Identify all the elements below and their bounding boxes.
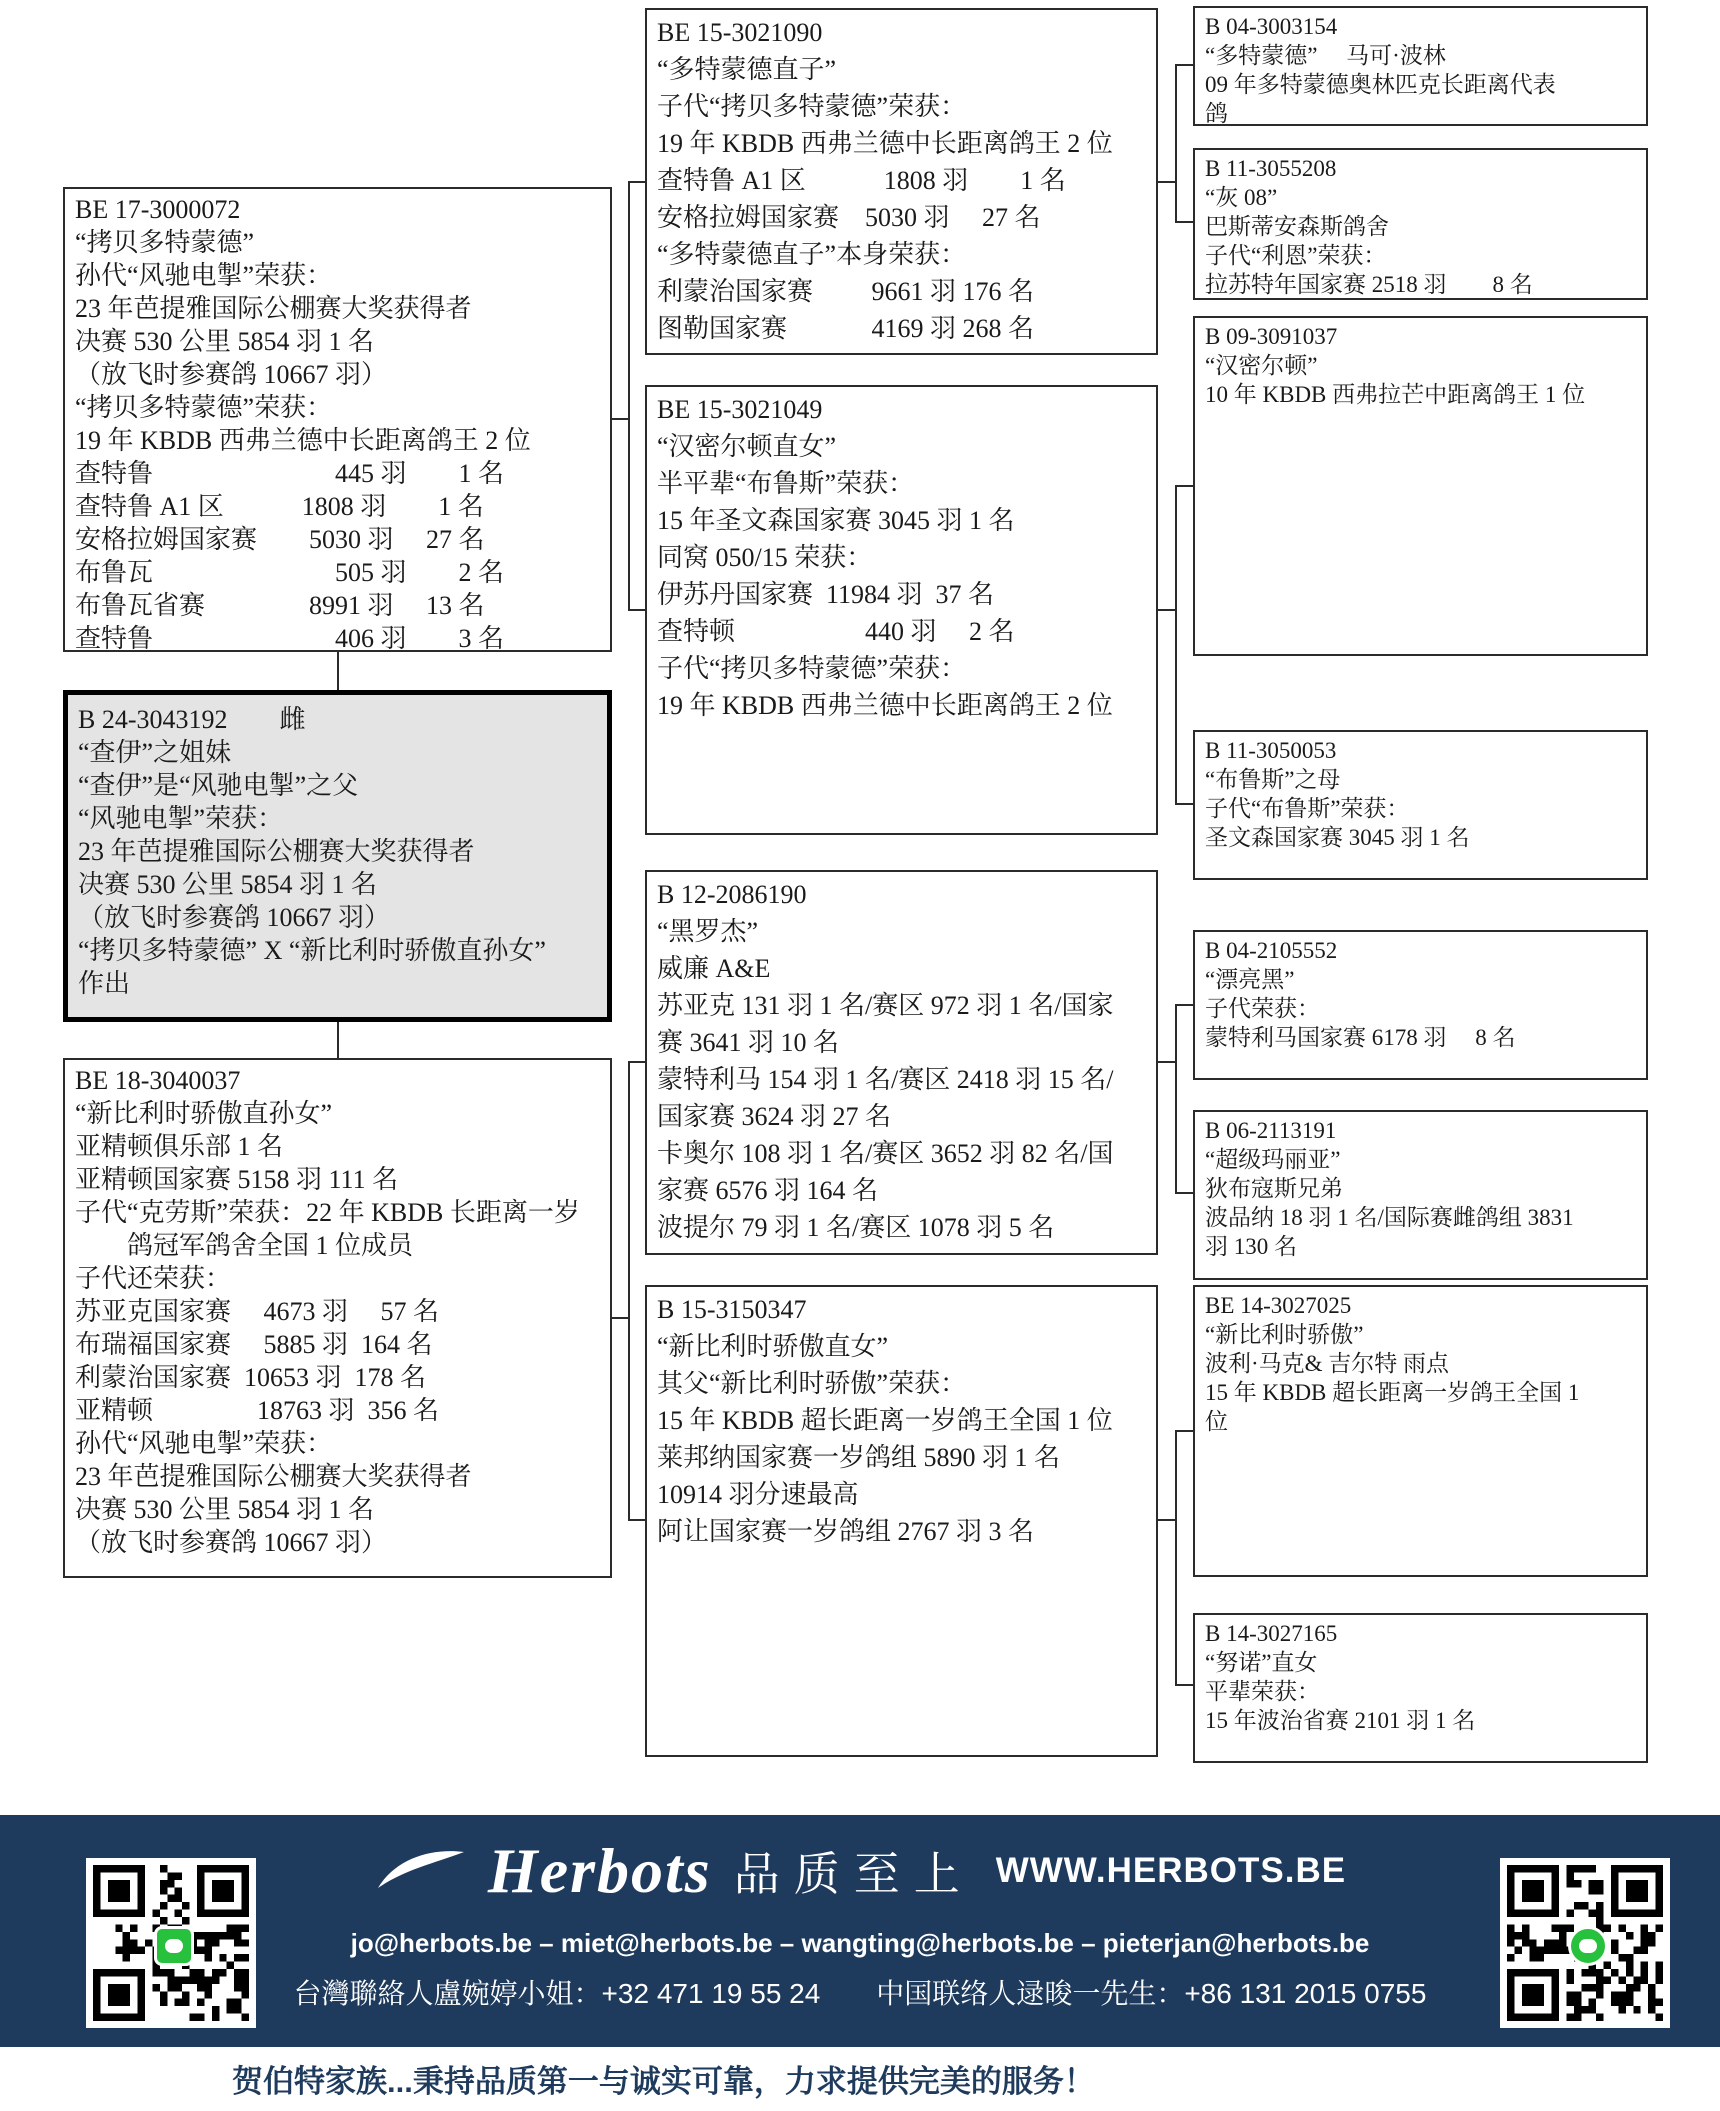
footer-tagline: 贺伯特家族...秉持品质第一与诚实可靠，力求提供完美的服务！: [232, 2056, 1095, 2101]
connector: [1175, 1684, 1193, 1686]
brand-slogan: 品质至上: [734, 1838, 974, 1904]
pedigree-text-line: 决赛 530 公里 5854 羽 1 名: [75, 1493, 600, 1526]
pedigree-text-line: 子代“拷贝多特蒙德”荣获：: [657, 650, 1146, 687]
qr-code-right: [1500, 1858, 1670, 2028]
pedigree-text-line: 15 年 KBDB 超长距离一岁鸽王全国 1: [1205, 1378, 1636, 1407]
pedigree-text-line: “拷贝多特蒙德” X “新比利时骄傲直孙女”: [78, 934, 597, 967]
pedigree-text-line: （放飞时参赛鸽 10667 羽）: [75, 1526, 600, 1559]
pedigree-text-line: “拷贝多特蒙德”: [75, 226, 600, 259]
pedigree-text-line: 苏亚克国家赛 4673 羽 57 名: [75, 1295, 600, 1328]
pedigree-box-be14-3027025: BE 14-3027025“新比利时骄傲”波利·马克& 吉尔特 雨点15 年 K…: [1193, 1285, 1648, 1577]
pedigree-text-line: 19 年 KBDB 西弗兰德中长距离鸽王 2 位: [75, 424, 600, 457]
pedigree-text-line: 鸽: [1205, 99, 1636, 128]
pedigree-box-b12-2086190: B 12-2086190“黑罗杰”威廉 A&E苏亚克 131 羽 1 名/赛区 …: [645, 870, 1158, 1255]
pedigree-text-line: 查特鲁 406 羽 3 名: [75, 622, 600, 655]
connector: [1175, 1004, 1193, 1006]
pedigree-box-b11-3055208: B 11-3055208“灰 08”巴斯蒂安森斯鸽舍子代“利恩”荣获：拉苏特年国…: [1193, 148, 1648, 300]
pedigree-text-line: 子代还荣获：: [75, 1262, 600, 1295]
pedigree-text-line: B 04-3003154: [1205, 12, 1636, 41]
pedigree-text-line: 布瑞福国家赛 5885 羽 164 名: [75, 1328, 600, 1361]
pedigree-text-line: 19 年 KBDB 西弗兰德中长距离鸽王 2 位: [657, 687, 1146, 724]
pedigree-text-line: “拷贝多特蒙德”荣获：: [75, 391, 600, 424]
pedigree-text-line: “汉密尔顿直女”: [657, 428, 1146, 465]
pedigree-text-line: 23 年芭提雅国际公棚赛大奖获得者: [78, 835, 597, 868]
pedigree-text-line: “查伊”是“风驰电掣”之父: [78, 769, 597, 802]
pedigree-text-line: 国家赛 3624 羽 27 名: [657, 1098, 1146, 1135]
connector: [612, 418, 628, 420]
pedigree-text-line: 亚精顿国家赛 5158 羽 111 名: [75, 1163, 600, 1196]
pedigree-text-line: 鸽冠军鸽舍全国 1 位成员: [75, 1229, 600, 1262]
pedigree-text-line: BE 17-3000072: [75, 193, 600, 226]
pedigree-text-line: “新比利时骄傲直女”: [657, 1328, 1146, 1365]
footer-emails: jo@herbots.be – miet@herbots.be – wangti…: [230, 1928, 1490, 1959]
pedigree-text-line: BE 14-3027025: [1205, 1291, 1636, 1320]
pedigree-text-line: “超级玛丽亚”: [1205, 1145, 1636, 1174]
pedigree-text-line: “新比利时骄傲直孙女”: [75, 1097, 600, 1130]
pedigree-text-line: 威廉 A&E: [657, 950, 1146, 987]
feather-logo-icon: [374, 1848, 466, 1894]
connector: [628, 609, 645, 611]
pedigree-text-line: 作出: [78, 967, 597, 1000]
connector: [1175, 485, 1193, 487]
pedigree-text-line: 蒙特利马 154 羽 1 名/赛区 2418 羽 15 名/: [657, 1061, 1146, 1098]
pedigree-box-b11-3050053: B 11-3050053“布鲁斯”之母子代“布鲁斯”荣获：圣文森国家赛 3045…: [1193, 730, 1648, 880]
connector: [1175, 64, 1193, 66]
website-text: WWW.HERBOTS.BE: [996, 1851, 1346, 1891]
footer-brand-row: Herbots 品质至上 WWW.HERBOTS.BE: [230, 1838, 1490, 1904]
pedigree-text-line: 图勒国家赛 4169 羽 268 名: [657, 310, 1146, 347]
wechat-icon: [1568, 1926, 1608, 1966]
pedigree-text-line: 苏亚克 131 羽 1 名/赛区 972 羽 1 名/国家: [657, 987, 1146, 1024]
pedigree-text-line: 查特鲁 A1 区 1808 羽 1 名: [75, 490, 600, 523]
pedigree-text-line: （放飞时参赛鸽 10667 羽）: [78, 901, 597, 934]
pedigree-text-line: 安格拉姆国家赛 5030 羽 27 名: [75, 523, 600, 556]
connector: [1158, 1061, 1175, 1063]
pedigree-text-line: “多特蒙德直子”本身荣获：: [657, 236, 1146, 273]
pedigree-text-line: 15 年圣文森国家赛 3045 羽 1 名: [657, 502, 1146, 539]
connector: [1175, 221, 1193, 223]
connector: [1175, 1430, 1177, 1686]
pedigree-text-line: “布鲁斯”之母: [1205, 765, 1636, 794]
pedigree-text-line: “努诺”直女: [1205, 1648, 1636, 1677]
connector-sire-to-subject: [337, 652, 339, 690]
pedigree-text-line: 孙代“风驰电掣”荣获：: [75, 1427, 600, 1460]
pedigree-text-line: B 04-2105552: [1205, 936, 1636, 965]
brand-name: Herbots: [488, 1839, 712, 1903]
pedigree-text-line: B 11-3055208: [1205, 154, 1636, 183]
pedigree-text-line: 波利·马克& 吉尔特 雨点: [1205, 1349, 1636, 1378]
connector: [628, 1061, 630, 1521]
pedigree-text-line: “多特蒙德直子”: [657, 51, 1146, 88]
connector-subject-to-dam: [337, 1022, 339, 1058]
pedigree-text-line: 查特鲁 A1 区 1808 羽 1 名: [657, 162, 1146, 199]
pedigree-text-line: 子代“克劳斯”荣获：22 年 KBDB 长距离一岁: [75, 1196, 600, 1229]
connector: [1158, 181, 1175, 183]
pedigree-text-line: 圣文森国家赛 3045 羽 1 名: [1205, 823, 1636, 852]
footer-contacts: 台灣聯絡人盧婉婷小姐：+32 471 19 55 24 中国联络人逯晙一先生：+…: [230, 1972, 1490, 2012]
pedigree-text-line: 10 年 KBDB 西弗拉芒中距离鸽王 1 位: [1205, 380, 1636, 409]
connector: [1175, 64, 1177, 223]
pedigree-text-line: 羽 130 名: [1205, 1232, 1636, 1261]
pedigree-box-b09-3091037: B 09-3091037“汉密尔顿”10 年 KBDB 西弗拉芒中距离鸽王 1 …: [1193, 316, 1648, 656]
pedigree-text-line: 赛 3641 羽 10 名: [657, 1024, 1146, 1061]
pedigree-text-line: 位: [1205, 1407, 1636, 1436]
connector: [628, 1061, 645, 1063]
pedigree-text-line: BE 15-3021090: [657, 14, 1146, 51]
connector: [628, 181, 645, 183]
connector: [612, 1317, 628, 1319]
connector: [1175, 1192, 1193, 1194]
pedigree-text-line: 同窝 050/15 荣获：: [657, 539, 1146, 576]
pedigree-box-subject-b24-3043192: B 24-3043192 雌“查伊”之姐妹“查伊”是“风驰电掣”之父“风驰电掣”…: [63, 690, 612, 1022]
pedigree-text-line: 23 年芭提雅国际公棚赛大奖获得者: [75, 1460, 600, 1493]
pedigree-text-line: B 06-2113191: [1205, 1116, 1636, 1145]
pedigree-text-line: 19 年 KBDB 西弗兰德中长距离鸽王 2 位: [657, 125, 1146, 162]
pedigree-box-b04-3003154: B 04-3003154“多特蒙德” 马可·波林09 年多特蒙德奥林匹克长距离代…: [1193, 6, 1648, 126]
pedigree-text-line: 亚精顿 18763 羽 356 名: [75, 1394, 600, 1427]
pedigree-text-line: “风驰电掣”荣获：: [78, 802, 597, 835]
pedigree-box-b06-2113191: B 06-2113191“超级玛丽亚”狄布寇斯兄弟波品纳 18 羽 1 名/国际…: [1193, 1110, 1648, 1280]
pedigree-text-line: 10914 羽分速最高: [657, 1476, 1146, 1513]
pedigree-text-line: 15 年 KBDB 超长距离一岁鸽王全国 1 位: [657, 1402, 1146, 1439]
pedigree-box-be18-3040037: BE 18-3040037“新比利时骄傲直孙女”亚精顿俱乐部 1 名亚精顿国家赛…: [63, 1058, 612, 1578]
pedigree-text-line: 查特顿 440 羽 2 名: [657, 613, 1146, 650]
pedigree-text-line: “汉密尔顿”: [1205, 351, 1636, 380]
pedigree-text-line: 子代“利恩”荣获：: [1205, 241, 1636, 270]
pedigree-text-line: 23 年芭提雅国际公棚赛大奖获得者: [75, 292, 600, 325]
pedigree-box-b15-3150347: B 15-3150347“新比利时骄傲直女”其父“新比利时骄傲”荣获：15 年 …: [645, 1285, 1158, 1757]
pedigree-box-b14-3027165: B 14-3027165“努诺”直女平辈荣获：15 年波治省赛 2101 羽 1…: [1193, 1613, 1648, 1763]
pedigree-text-line: “查伊”之姐妹: [78, 736, 597, 769]
connector: [1175, 485, 1177, 805]
pedigree-text-line: B 15-3150347: [657, 1291, 1146, 1328]
pedigree-text-line: 亚精顿俱乐部 1 名: [75, 1130, 600, 1163]
pedigree-text-line: 子代“布鲁斯”荣获：: [1205, 794, 1636, 823]
connector: [1158, 609, 1175, 611]
pedigree-text-line: （放飞时参赛鸽 10667 羽）: [75, 358, 600, 391]
pedigree-text-line: 查特鲁 445 羽 1 名: [75, 457, 600, 490]
pedigree-text-line: 拉苏特年国家赛 2518 羽 8 名: [1205, 270, 1636, 299]
pedigree-text-line: 决赛 530 公里 5854 羽 1 名: [78, 868, 597, 901]
pedigree-page: { "boxes": { "boxA": { "lines": [ "BE 17…: [0, 0, 1720, 2111]
pedigree-text-line: 安格拉姆国家赛 5030 羽 27 名: [657, 199, 1146, 236]
pedigree-text-line: 莱邦纳国家赛一岁鸽组 5890 羽 1 名: [657, 1439, 1146, 1476]
connector: [1175, 803, 1193, 805]
pedigree-text-line: 伊苏丹国家赛 11984 羽 37 名: [657, 576, 1146, 613]
pedigree-text-line: “新比利时骄傲”: [1205, 1320, 1636, 1349]
pedigree-text-line: 15 年波治省赛 2101 羽 1 名: [1205, 1706, 1636, 1735]
pedigree-text-line: B 12-2086190: [657, 876, 1146, 913]
pedigree-text-line: “多特蒙德” 马可·波林: [1205, 41, 1636, 70]
connector: [1158, 1519, 1175, 1521]
pedigree-text-line: 布鲁瓦省赛 8991 羽 13 名: [75, 589, 600, 622]
pedigree-text-line: 孙代“风驰电掣”荣获：: [75, 259, 600, 292]
pedigree-text-line: 半平辈“布鲁斯”荣获：: [657, 465, 1146, 502]
pedigree-text-line: 决赛 530 公里 5854 羽 1 名: [75, 325, 600, 358]
pedigree-text-line: 波提尔 79 羽 1 名/赛区 1078 羽 5 名: [657, 1209, 1146, 1246]
connector: [628, 181, 630, 611]
pedigree-text-line: 布鲁瓦 505 羽 2 名: [75, 556, 600, 589]
pedigree-text-line: 卡奥尔 108 羽 1 名/赛区 3652 羽 82 名/国: [657, 1135, 1146, 1172]
pedigree-box-be17-3000072: BE 17-3000072“拷贝多特蒙德”孙代“风驰电掣”荣获：23 年芭提雅国…: [63, 187, 612, 652]
pedigree-text-line: “灰 08”: [1205, 183, 1636, 212]
pedigree-text-line: 家赛 6576 羽 164 名: [657, 1172, 1146, 1209]
pedigree-text-line: 子代“拷贝多特蒙德”荣获：: [657, 88, 1146, 125]
connector: [628, 1519, 645, 1521]
pedigree-text-line: B 09-3091037: [1205, 322, 1636, 351]
pedigree-box-be15-3021049: BE 15-3021049“汉密尔顿直女”半平辈“布鲁斯”荣获：15 年圣文森国…: [645, 385, 1158, 835]
pedigree-text-line: 利蒙治国家赛 9661 羽 176 名: [657, 273, 1146, 310]
pedigree-text-line: 平辈荣获：: [1205, 1677, 1636, 1706]
pedigree-text-line: B 11-3050053: [1205, 736, 1636, 765]
connector: [1175, 1430, 1193, 1432]
pedigree-text-line: B 14-3027165: [1205, 1619, 1636, 1648]
pedigree-text-line: 利蒙治国家赛 10653 羽 178 名: [75, 1361, 600, 1394]
wechat-icon: [154, 1926, 194, 1966]
pedigree-box-be15-3021090: BE 15-3021090“多特蒙德直子”子代“拷贝多特蒙德”荣获：19 年 K…: [645, 8, 1158, 355]
pedigree-text-line: 子代荣获：: [1205, 994, 1636, 1023]
pedigree-text-line: 阿让国家赛一岁鸽组 2767 羽 3 名: [657, 1513, 1146, 1550]
pedigree-text-line: 狄布寇斯兄弟: [1205, 1174, 1636, 1203]
pedigree-text-line: BE 15-3021049: [657, 391, 1146, 428]
pedigree-text-line: BE 18-3040037: [75, 1064, 600, 1097]
pedigree-box-b04-2105552: B 04-2105552“漂亮黑”子代荣获：蒙特利马国家赛 6178 羽 8 名: [1193, 930, 1648, 1080]
pedigree-text-line: “漂亮黑”: [1205, 965, 1636, 994]
pedigree-text-line: 其父“新比利时骄傲”荣获：: [657, 1365, 1146, 1402]
pedigree-text-line: 巴斯蒂安森斯鸽舍: [1205, 212, 1636, 241]
pedigree-text-line: “黑罗杰”: [657, 913, 1146, 950]
pedigree-text-line: 蒙特利马国家赛 6178 羽 8 名: [1205, 1023, 1636, 1052]
pedigree-text-line: B 24-3043192 雌: [78, 703, 597, 736]
pedigree-text-line: 波品纳 18 羽 1 名/国际赛雌鸽组 3831: [1205, 1203, 1636, 1232]
pedigree-text-line: 09 年多特蒙德奥林匹克长距离代表: [1205, 70, 1636, 99]
connector: [1175, 1004, 1177, 1194]
